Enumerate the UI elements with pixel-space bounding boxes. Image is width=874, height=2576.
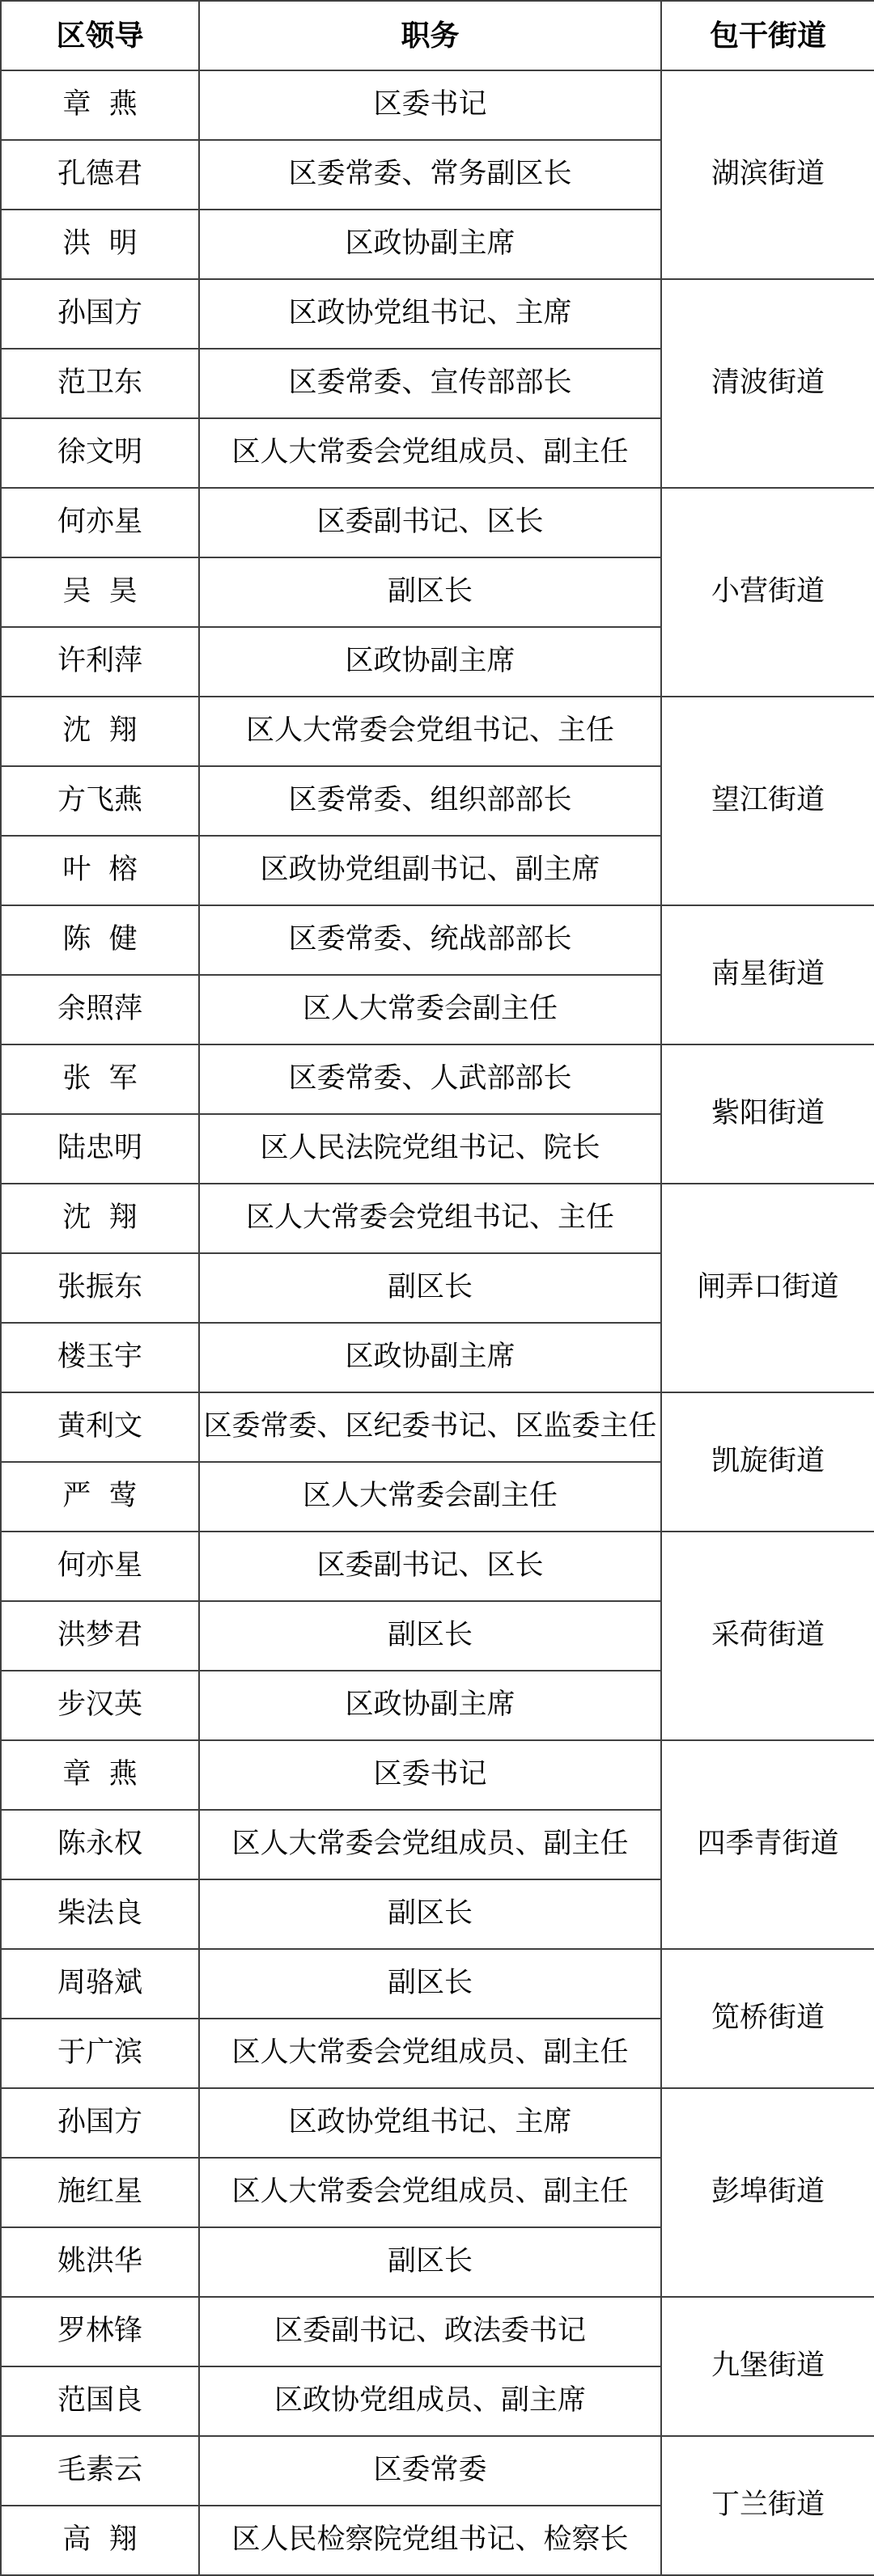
position-cell: 区委书记 [199,70,661,140]
position-cell: 区委常委、组织部部长 [199,766,661,836]
position-cell: 区人民法院党组书记、院长 [199,1114,661,1184]
street-cell: 凯旋街道 [661,1392,874,1532]
leader-name-cell: 陈 健 [1,905,199,975]
position-cell: 副区长 [199,1601,661,1671]
position-cell: 区人大常委会党组成员、副主任 [199,418,661,488]
leader-name-cell: 范卫东 [1,349,199,418]
leader-name-cell: 于广滨 [1,2019,199,2088]
street-cell: 九堡街道 [661,2297,874,2436]
position-cell: 区政协副主席 [199,1671,661,1740]
leader-name-cell: 楼玉宇 [1,1323,199,1392]
street-cell: 湖滨街道 [661,70,874,279]
position-cell: 区委常委、常务副区长 [199,140,661,210]
leader-name-cell: 章 燕 [1,1740,199,1810]
leader-name-cell: 叶 榕 [1,836,199,905]
table-row: 孙国方 区政协党组书记、主席 彭埠街道 [1,2088,874,2158]
column-header-street: 包干街道 [661,1,874,70]
leader-name-cell: 孙国方 [1,279,199,349]
leaders-table: 区领导 职务 包干街道 章 燕 区委书记 湖滨街道 孔德君 区委常委、常务副区长… [0,0,874,2576]
leader-name-cell: 严 莺 [1,1462,199,1532]
position-cell: 副区长 [199,1949,661,2019]
leader-name-cell: 徐文明 [1,418,199,488]
leader-name-cell: 步汉英 [1,1671,199,1740]
table-row: 黄利文 区委常委、区纪委书记、区监委主任 凯旋街道 [1,1392,874,1462]
leader-name-cell: 陆忠明 [1,1114,199,1184]
street-cell: 南星街道 [661,905,874,1044]
leader-name-cell: 罗林锋 [1,2297,199,2366]
leader-name-cell: 张 军 [1,1044,199,1114]
position-cell: 区委常委、人武部部长 [199,1044,661,1114]
table-row: 何亦星 区委副书记、区长 小营街道 [1,488,874,557]
leader-name-cell: 沈 翔 [1,697,199,766]
position-cell: 区政协党组副书记、副主席 [199,836,661,905]
leader-name-cell: 许利萍 [1,627,199,697]
position-cell: 区政协副主席 [199,627,661,697]
street-cell: 闸弄口街道 [661,1184,874,1392]
position-cell: 区政协党组书记、主席 [199,2088,661,2158]
table-row: 孙国方 区政协党组书记、主席 清波街道 [1,279,874,349]
leader-name-cell: 毛素云 [1,2436,199,2506]
street-cell: 小营街道 [661,488,874,697]
header-row: 区领导 职务 包干街道 [1,1,874,70]
table-row: 罗林锋 区委副书记、政法委书记 九堡街道 [1,2297,874,2366]
position-cell: 区人大常委会副主任 [199,975,661,1044]
position-cell: 区委副书记、政法委书记 [199,2297,661,2366]
position-cell: 区委常委、统战部部长 [199,905,661,975]
street-cell: 丁兰街道 [661,2436,874,2575]
street-cell: 望江街道 [661,697,874,905]
leader-name-cell: 孔德君 [1,140,199,210]
leader-name-cell: 章 燕 [1,70,199,140]
position-cell: 区人大常委会党组成员、副主任 [199,1810,661,1879]
table-row: 章 燕 区委书记 湖滨街道 [1,70,874,140]
leader-name-cell: 范国良 [1,2366,199,2436]
position-cell: 区人大常委会副主任 [199,1462,661,1532]
street-cell: 笕桥街道 [661,1949,874,2088]
position-cell: 区政协副主席 [199,210,661,279]
leader-name-cell: 周骆斌 [1,1949,199,2019]
column-header-position: 职务 [199,1,661,70]
leader-name-cell: 施红星 [1,2158,199,2227]
table-row: 沈 翔 区人大常委会党组书记、主任 望江街道 [1,697,874,766]
position-cell: 副区长 [199,2227,661,2297]
leader-name-cell: 何亦星 [1,488,199,557]
table-row: 张 军 区委常委、人武部部长 紫阳街道 [1,1044,874,1114]
position-cell: 副区长 [199,1253,661,1323]
leader-name-cell: 高 翔 [1,2506,199,2575]
leader-name-cell: 洪 明 [1,210,199,279]
leader-name-cell: 吴 昊 [1,557,199,627]
street-cell: 紫阳街道 [661,1044,874,1184]
street-cell: 彭埠街道 [661,2088,874,2297]
leader-name-cell: 陈永权 [1,1810,199,1879]
position-cell: 区委书记 [199,1740,661,1810]
position-cell: 区政协党组成员、副主席 [199,2366,661,2436]
leader-name-cell: 姚洪华 [1,2227,199,2297]
position-cell: 区人大常委会党组书记、主任 [199,697,661,766]
table-row: 章 燕 区委书记 四季青街道 [1,1740,874,1810]
position-cell: 区委常委、区纪委书记、区监委主任 [199,1392,661,1462]
table-row: 沈 翔 区人大常委会党组书记、主任 闸弄口街道 [1,1184,874,1253]
position-cell: 区人大常委会党组书记、主任 [199,1184,661,1253]
leader-name-cell: 何亦星 [1,1532,199,1601]
position-cell: 区人大常委会党组成员、副主任 [199,2158,661,2227]
position-cell: 副区长 [199,557,661,627]
position-cell: 区人民检察院党组书记、检察长 [199,2506,661,2575]
leader-name-cell: 方飞燕 [1,766,199,836]
table-row: 陈 健 区委常委、统战部部长 南星街道 [1,905,874,975]
position-cell: 区政协副主席 [199,1323,661,1392]
leader-name-cell: 孙国方 [1,2088,199,2158]
position-cell: 区委常委、宣传部部长 [199,349,661,418]
leader-name-cell: 黄利文 [1,1392,199,1462]
leader-name-cell: 余照萍 [1,975,199,1044]
position-cell: 区委常委 [199,2436,661,2506]
position-cell: 区政协党组书记、主席 [199,279,661,349]
leader-name-cell: 柴法良 [1,1879,199,1949]
leader-name-cell: 张振东 [1,1253,199,1323]
leader-name-cell: 沈 翔 [1,1184,199,1253]
position-cell: 副区长 [199,1879,661,1949]
column-header-leader: 区领导 [1,1,199,70]
table-row: 何亦星 区委副书记、区长 采荷街道 [1,1532,874,1601]
table-row: 周骆斌 副区长 笕桥街道 [1,1949,874,2019]
position-cell: 区委副书记、区长 [199,488,661,557]
leader-name-cell: 洪梦君 [1,1601,199,1671]
street-cell: 采荷街道 [661,1532,874,1740]
position-cell: 区委副书记、区长 [199,1532,661,1601]
street-cell: 四季青街道 [661,1740,874,1949]
position-cell: 区人大常委会党组成员、副主任 [199,2019,661,2088]
street-cell: 清波街道 [661,279,874,488]
table-row: 毛素云 区委常委 丁兰街道 [1,2436,874,2506]
